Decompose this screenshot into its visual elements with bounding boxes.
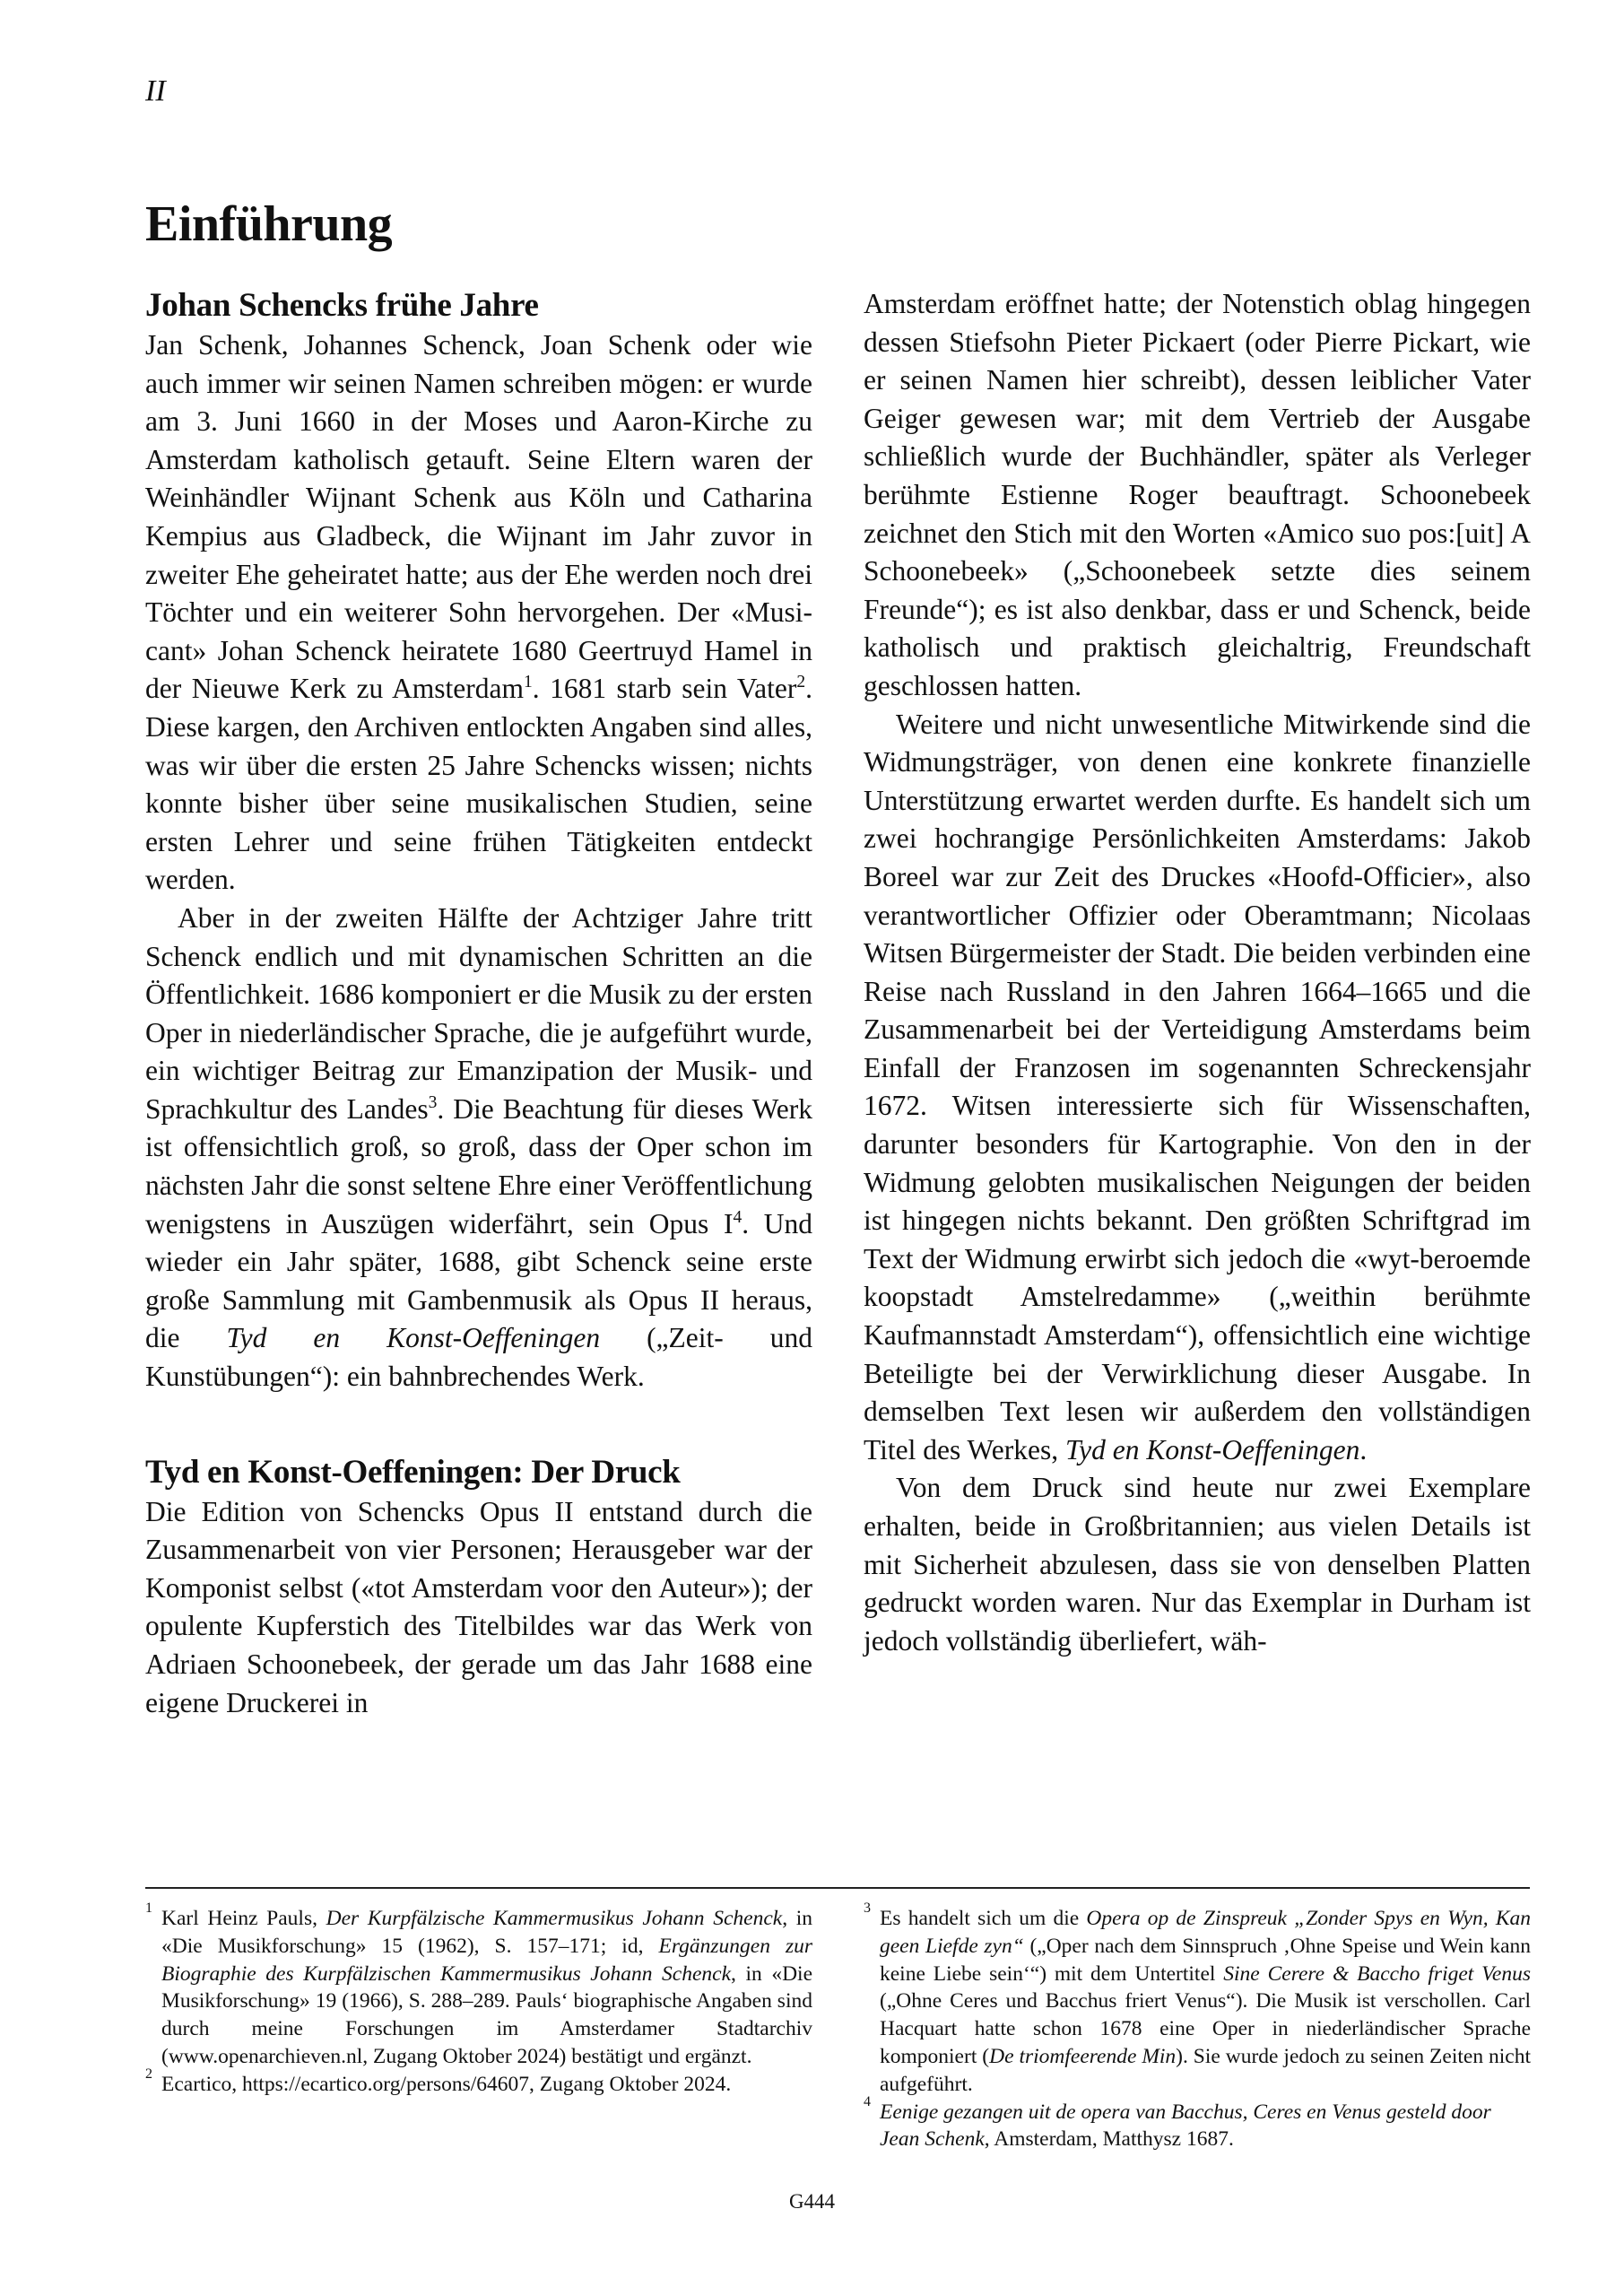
section-heading-early-years: Johan Schencks frühe Jahre [145,285,812,326]
text-run: Aber in der zweiten Hälfte der Achtziger… [145,902,812,1125]
citation-title-italic: De triom­feerende Min [989,2045,1176,2068]
section-heading-der-druck: Tyd en Konst-Oeffeningen: Der Druck [145,1452,812,1493]
paragraph: Jan Schenk, Johannes Schenck, Joan Schen… [145,326,812,900]
footnote-ref-1[interactable]: 1 [524,673,533,691]
footnote-number: 4 [864,2093,871,2111]
footnote-ref-3[interactable]: 3 [429,1093,438,1112]
footnote-ref-2[interactable]: 2 [796,673,805,691]
text-run: Karl Heinz Pauls, [161,1907,326,1930]
chapter-title: Einführung [145,196,392,253]
citation-title-italic: Sine Cerere & Baccho friget Venus [1223,1962,1531,1986]
text-run: Weitere und nicht unwesentliche Mitwirke… [864,709,1531,1465]
footnote-3: 3Es handelt sich um die Opera op de Zins… [864,1905,1531,2099]
footnote-4: 4Eenige gezangen uit de opera van Bacchu… [864,2099,1531,2154]
footnote-1: 1Karl Heinz Pauls, Der Kurpfälzische Kam… [145,1905,812,2071]
footnote-number: 2 [145,2066,152,2083]
footnote-2: 2Ecartico, https://ecartico.org/persons/… [145,2071,812,2099]
footnote-number: 1 [145,1900,152,1918]
paragraph: Weitere und nicht unwesentliche Mitwirke… [864,706,1531,1470]
text-run: Amsterdam eröffnet hatte; der Notenstich… [864,288,1531,701]
footnote-ref-4[interactable]: 4 [733,1208,742,1227]
running-head: II [145,74,166,109]
work-title-italic: Tyd en Konst-Oeffe­ningen [226,1322,600,1353]
text-run: Es handelt sich um die [880,1907,1086,1930]
text-run: . Diese kargen, den Archiven entlockten … [145,673,812,895]
citation-title-italic: Der Kurpfälzische Kammermusikus Johann S… [326,1907,783,1930]
paragraph: Die Edition von Schencks Opus II entstan… [145,1493,812,1723]
footnotes-right: 3Es handelt sich um die Opera op de Zins… [864,1905,1531,2153]
footnote-number: 3 [864,1900,871,1918]
paragraph-continued: Amsterdam eröffnet hatte; der Notenstich… [864,285,1531,706]
footnote-divider [145,1887,1530,1889]
page-number: G444 [0,2188,1624,2215]
text-run: Von dem Druck sind heute nur zwei Exempl… [864,1472,1531,1656]
text-run: Jan Schenk, Johannes Schenck, Joan Schen… [145,329,812,704]
footnotes-left: 1Karl Heinz Pauls, Der Kurpfälzische Kam… [145,1905,812,2099]
text-run: , Amsterdam, Matthysz 1687. [985,2127,1234,2151]
text-run: Die Edition von Schencks Opus II entstan… [145,1496,812,1718]
right-column: Amsterdam eröffnet hatte; der Notenstich… [864,285,1531,1660]
paragraph: Von dem Druck sind heute nur zwei Exempl… [864,1469,1531,1660]
paragraph: Aber in der zweiten Hälfte der Achtziger… [145,900,812,1396]
text-run: . 1681 starb sein Vater [533,673,797,704]
work-title-italic: Tyd en Konst-Oeffeningen [1065,1434,1359,1465]
left-column: Johan Schencks frühe Jahre Jan Schenk, J… [145,285,812,1722]
text-run: . [1359,1434,1367,1465]
text-run: Ecartico, https://ecartico.org/persons/6… [161,2073,731,2096]
